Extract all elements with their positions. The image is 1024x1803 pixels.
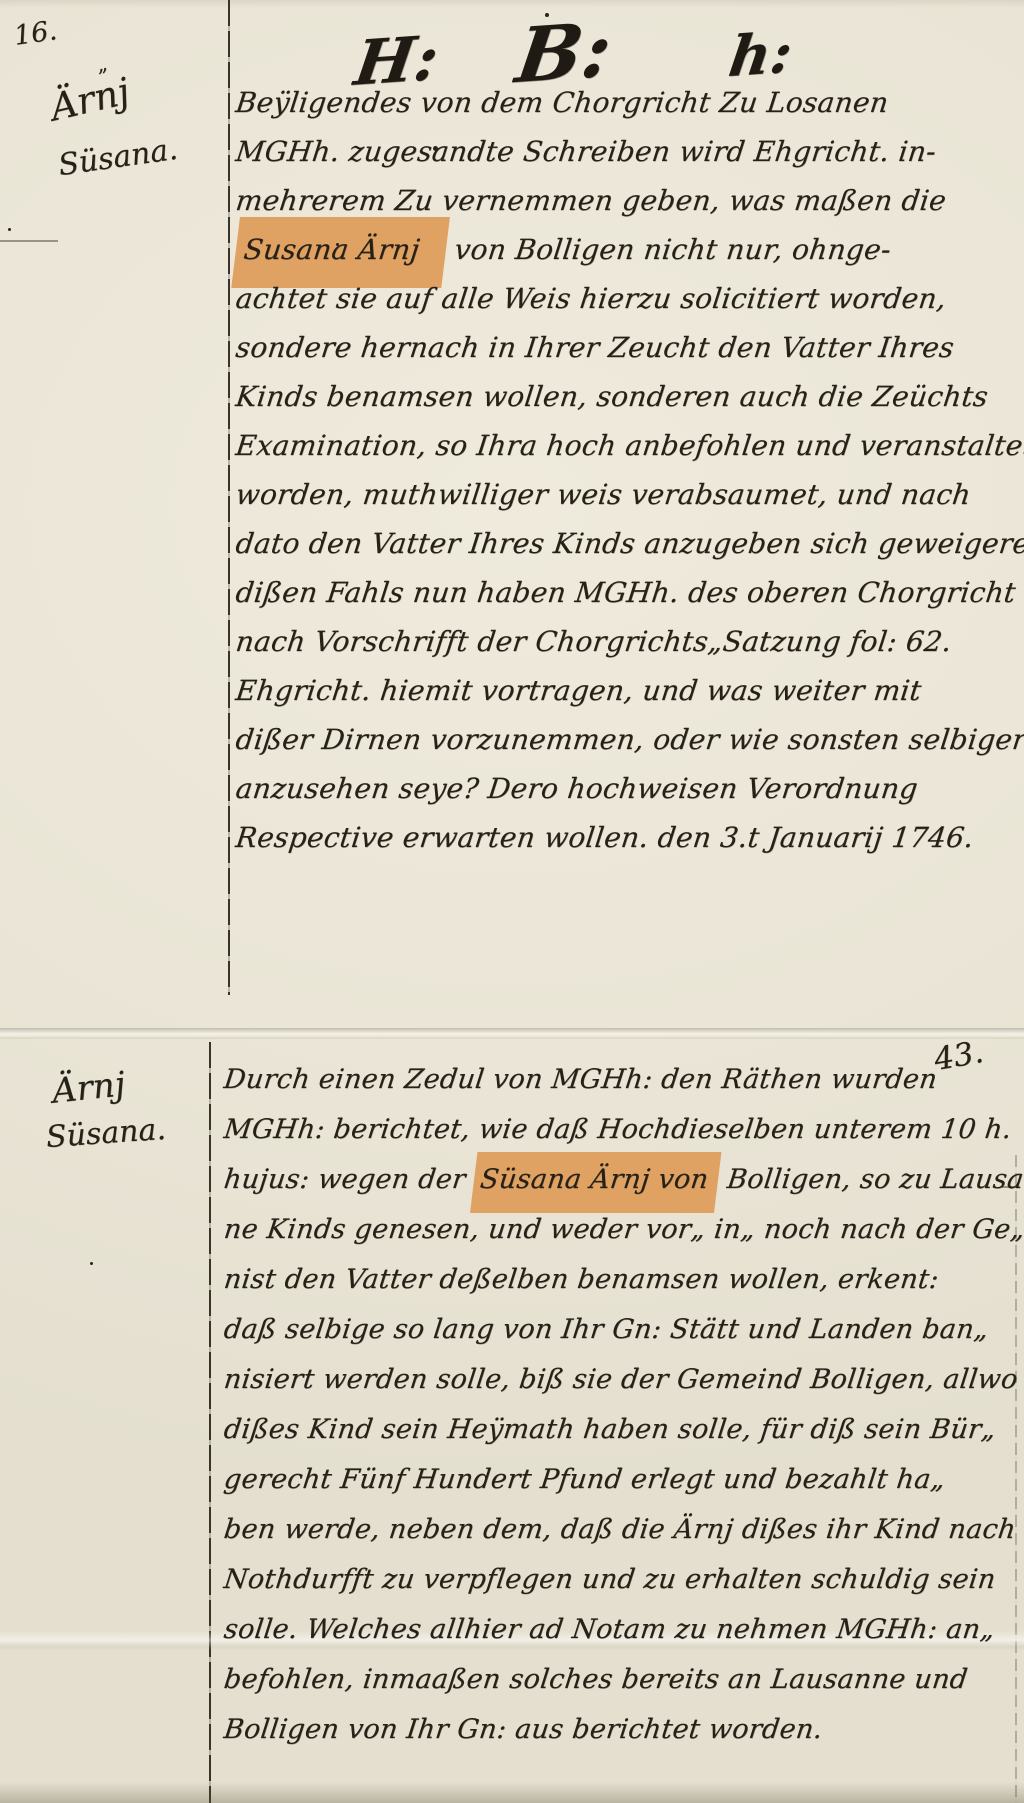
ink-speck: [545, 13, 549, 17]
text-line: ben werde, neben dem, daß die Ärnj dißes…: [222, 1514, 1020, 1546]
text-line: Bolligen von Ihr Gn: aus berichtet worde…: [222, 1714, 1020, 1746]
text-line: achtet sie auf alle Weis hierzu soliciti…: [234, 282, 1024, 315]
header-monogram-3: h:: [725, 20, 797, 90]
margin-note-firstname: Süsana.: [56, 132, 180, 183]
text-line: dißen Fahls nun haben MGHh. des oberen C…: [234, 576, 1024, 609]
text-line: dißes Kind sein Heÿmath haben solle, für…: [222, 1414, 1020, 1446]
text-line: Examination, so Ihra hoch anbefohlen und…: [234, 429, 1024, 462]
highlight-post: Bolligen, so zu Lausan-: [717, 1164, 1024, 1195]
text-line: Ehgricht. hiemit vortragen, und was weit…: [234, 674, 1024, 707]
text-line: Beÿligendes von dem Chorgricht Zu Losane…: [234, 86, 1024, 119]
ink-speck: [90, 1262, 93, 1265]
ink-speck: [433, 146, 438, 151]
margin-note-name: Ärnj: [50, 1064, 127, 1111]
text-line: ne Kinds genesen, und weder vor„ in„ noc…: [222, 1214, 1020, 1246]
text-line: Durch einen Zedul von MGHh: den Räthen w…: [222, 1064, 1020, 1096]
text-line: nist den Vatter deßelben benamsen wollen…: [222, 1264, 1020, 1296]
page-seam: [0, 1028, 1024, 1039]
name-highlight-mark: Susana Ärnj: [231, 217, 449, 288]
ink-speck: [336, 243, 339, 246]
text-line: nisiert werden solle, biß sie der Gemein…: [222, 1364, 1020, 1396]
manuscript-scan: 16. „ Ärnj Süsana. H: B: h: Beÿligendes …: [0, 0, 1024, 1803]
margin-rule-line: [209, 1042, 211, 1803]
text-line: mehrerem Zu vernemmen geben, was maßen d…: [234, 184, 1024, 217]
text-line: daß selbige so lang von Ihr Gn: Stätt un…: [222, 1314, 1020, 1346]
text-line: sondere hernach in Ihrer Zeucht den Vatt…: [234, 331, 1024, 364]
text-line-highlighted: Susana Ärnj von Bolligen nicht nur, ohng…: [234, 233, 1024, 266]
text-line: Nothdurfft zu verpflegen und zu erhalten…: [222, 1564, 1020, 1596]
text-line: MGHh. zugesandte Schreiben wird Ehgricht…: [234, 135, 1024, 168]
crease-mark: [0, 240, 58, 242]
text-line: nach Vorschrifft der Chorgrichts„Satzung…: [234, 625, 1024, 658]
text-line: gerecht Fünf Hundert Pfund erlegt und be…: [222, 1464, 1020, 1496]
margin-note-name: Ärnj: [46, 70, 133, 130]
highlight-post: von Bolligen nicht nur, ohnge-: [443, 233, 893, 266]
text-line-highlighted: hujus: wegen der Süsana Ärnj von Bollige…: [222, 1164, 1020, 1196]
text-line: solle. Welches allhier ad Notam zu nehme…: [222, 1614, 1020, 1646]
text-line: befohlen, inmaaßen solches bereits an La…: [222, 1664, 1020, 1696]
name-highlight-mark: Süsana Ärnj von: [470, 1152, 722, 1213]
page-number: 16.: [12, 15, 59, 52]
text-line: MGHh: berichtet, wie daß Hochdieselben u…: [222, 1114, 1020, 1146]
text-line: worden, muthwilliger weis verabsaumet, u…: [234, 478, 1024, 511]
text-line: dißer Dirnen vorzunemmen, oder wie sonst…: [234, 723, 1024, 756]
text-line: Kinds benamsen wollen, sonderen auch die…: [234, 380, 1024, 413]
margin-rule-line: [228, 0, 230, 995]
highlight-pre: hujus: wegen der: [222, 1164, 476, 1195]
text-line: anzusehen seye? Dero hochweisen Verordnu…: [234, 772, 1024, 805]
text-line: dato den Vatter Ihres Kinds anzugeben si…: [234, 527, 1024, 560]
ink-speck: [8, 228, 11, 231]
text-line-dateline: Respective erwarten wollen. den 3.t Janu…: [234, 821, 1024, 854]
margin-note-firstname: Süsana.: [45, 1112, 167, 1155]
